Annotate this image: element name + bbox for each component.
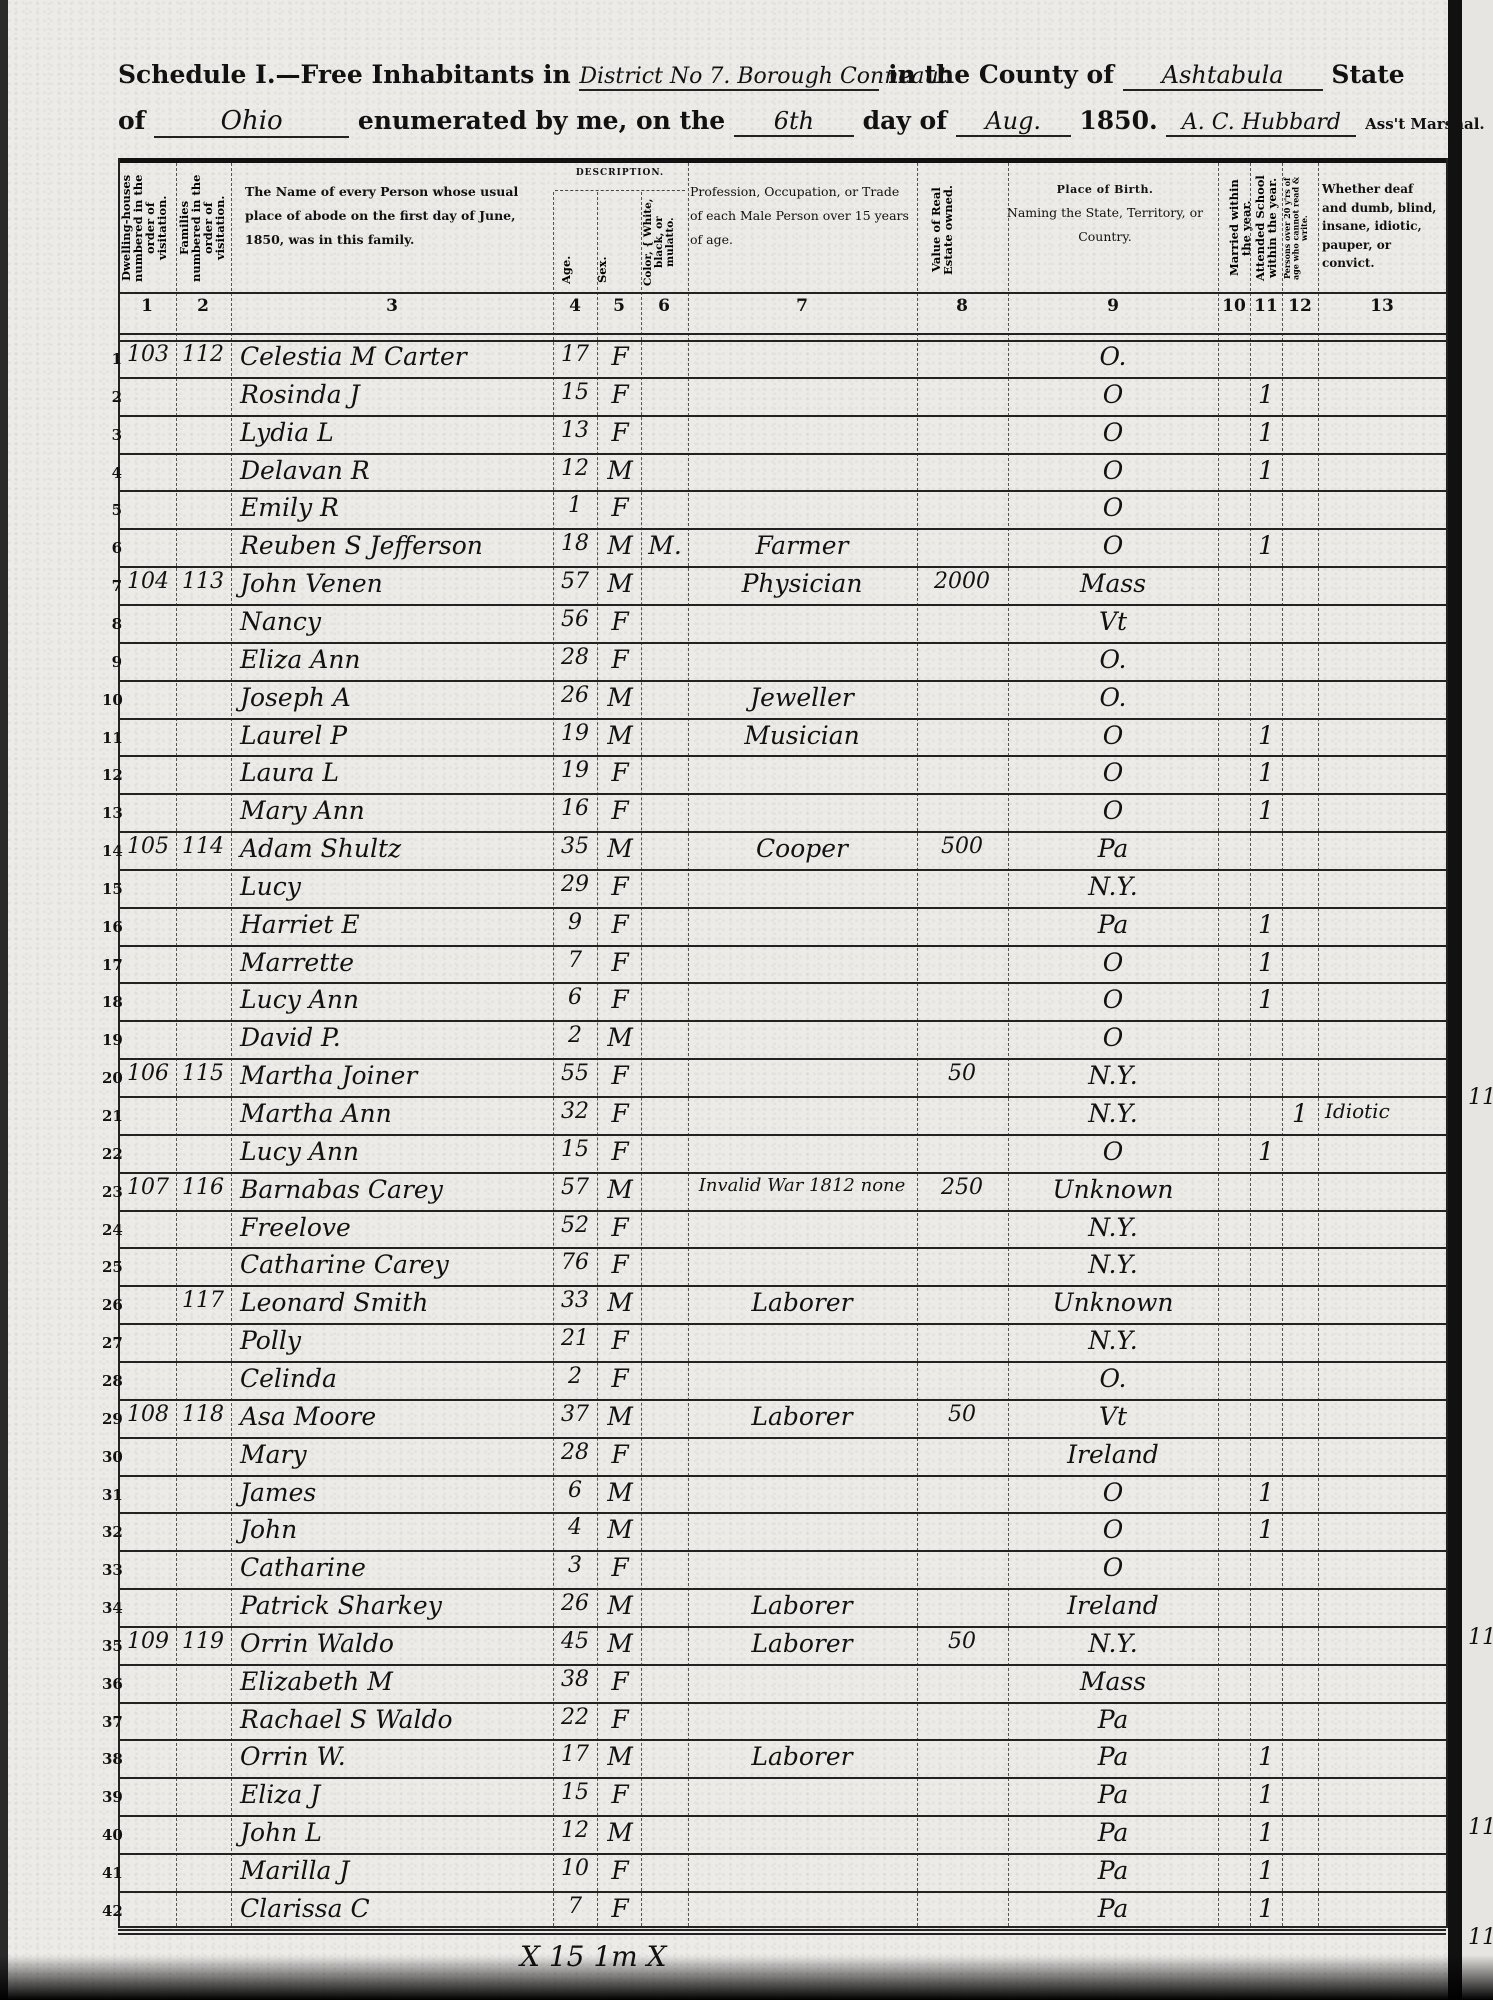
dwelling-number: 106: [127, 1061, 169, 1086]
sex: M: [607, 1818, 633, 1847]
age: 17: [561, 342, 589, 367]
header-rule: [118, 292, 1446, 294]
line-number: 4: [102, 464, 122, 482]
birthplace: O: [1103, 948, 1124, 977]
table-row: 40John L12MPa1: [0, 1816, 1460, 1854]
school-mark: 1: [1258, 910, 1274, 939]
header-birthplace-title: Place of Birth.: [1005, 180, 1205, 201]
age: 37: [561, 1402, 589, 1427]
header-school: Attended School within the year.: [1254, 168, 1278, 288]
adjacent-family-number: 116: [1468, 1815, 1493, 1840]
person-name: Reuben S Jefferson: [240, 531, 483, 560]
line-number: 39: [102, 1788, 122, 1806]
line-number: 9: [102, 653, 122, 671]
person-name: Lucy Ann: [240, 1137, 359, 1166]
age: 1: [568, 493, 582, 518]
column-number: 11: [1254, 296, 1278, 316]
line-number: 1: [102, 350, 122, 368]
table-row: 9Eliza Ann28FO.: [0, 643, 1460, 681]
header-married: Married within the year.: [1228, 168, 1252, 288]
adjacent-family-number: 115: [1468, 1625, 1493, 1650]
age: 38: [561, 1667, 589, 1692]
header-real-estate: Value of Real Estate owned.: [930, 170, 964, 290]
birthplace: N.Y.: [1088, 1213, 1137, 1242]
sex: M: [607, 1023, 633, 1052]
school-mark: 1: [1258, 456, 1274, 485]
table-row: 32John4MO1: [0, 1513, 1460, 1551]
school-mark: 1: [1258, 1818, 1274, 1847]
table-row: 34Patrick Sharkey26MLaborerIreland: [0, 1589, 1460, 1627]
person-name: Martha Ann: [240, 1099, 392, 1128]
school-mark: 1: [1258, 721, 1274, 750]
birthplace: O: [1103, 985, 1124, 1014]
birthplace: Mass: [1080, 1667, 1146, 1696]
header-dwelling: Dwelling-houses numbered in the order of…: [120, 168, 164, 288]
person-name: Rachael S Waldo: [240, 1705, 453, 1734]
table-row: 17Marrette7FO1: [0, 946, 1460, 984]
table-row: 16Harriet E9FPa1: [0, 908, 1460, 946]
table-row: 24Freelove52FN.Y.: [0, 1211, 1460, 1249]
age: 6: [568, 1478, 582, 1503]
column-number: 5: [613, 296, 625, 316]
real-estate-value: 50: [948, 1402, 976, 1427]
table-row: 3Lydia L13FO1: [0, 416, 1460, 454]
table-row: 38Orrin W.17MLaborerPa1: [0, 1740, 1460, 1778]
table-row: 33Catharine3FO: [0, 1551, 1460, 1589]
illiterate-mark: 1: [1292, 1099, 1308, 1128]
birthplace: O: [1103, 1515, 1124, 1544]
sex: F: [611, 493, 628, 522]
age: 6: [568, 985, 582, 1010]
person-name: Emily R: [240, 493, 339, 522]
school-mark: 1: [1258, 1780, 1274, 1809]
birthplace: O: [1103, 1023, 1124, 1052]
birthplace: O: [1103, 721, 1124, 750]
occupation: Musician: [744, 721, 860, 750]
sex: F: [611, 1099, 628, 1128]
age: 56: [561, 607, 589, 632]
person-name: Rosinda J: [240, 380, 360, 409]
person-name: Orrin Waldo: [240, 1629, 394, 1658]
age: 18: [561, 531, 589, 556]
sex: F: [611, 1894, 628, 1923]
school-mark: 1: [1258, 985, 1274, 1014]
enumerated-label: enumerated by me, on the: [358, 106, 725, 135]
line-number: 30: [102, 1448, 122, 1466]
day-of-label: day of: [863, 106, 947, 135]
column-number: 7: [796, 296, 808, 316]
sex: F: [611, 1364, 628, 1393]
sex: F: [611, 985, 628, 1014]
column-number: 12: [1288, 296, 1312, 316]
table-row: 8Nancy56FVt: [0, 605, 1460, 643]
real-estate-value: 50: [948, 1629, 976, 1654]
table-row: 14105114Adam Shultz35MCooper500Pa: [0, 832, 1460, 870]
birthplace: N.Y.: [1088, 872, 1137, 901]
dwelling-number: 108: [127, 1402, 169, 1427]
sex: M: [607, 721, 633, 750]
line-number: 13: [102, 804, 122, 822]
age: 21: [561, 1326, 589, 1351]
birthplace: O: [1103, 758, 1124, 787]
table-row: 27Polly21FN.Y.: [0, 1324, 1460, 1362]
birthplace: O.: [1100, 683, 1127, 712]
birthplace: Pa: [1098, 910, 1129, 939]
table-row: 5Emily R1FO: [0, 491, 1460, 529]
person-name: John L: [240, 1818, 322, 1847]
line-number: 24: [102, 1221, 122, 1239]
table-row: 12Laura L19FO1: [0, 756, 1460, 794]
age: 19: [561, 758, 589, 783]
table-row: 6Reuben S Jefferson18MM.FarmerO1: [0, 529, 1460, 567]
age: 45: [561, 1629, 589, 1654]
condition: Idiotic: [1325, 1099, 1390, 1123]
line-number: 16: [102, 918, 122, 936]
table-row: 26117Leonard Smith33MLaborerUnknown: [0, 1286, 1460, 1324]
line-number: 8: [102, 615, 122, 633]
line-number: 17: [102, 956, 122, 974]
line-number: 22: [102, 1145, 122, 1163]
birthplace: Vt: [1099, 607, 1127, 636]
table-row: 28Celinda2FO.: [0, 1362, 1460, 1400]
birthplace: Pa: [1098, 834, 1129, 863]
birthplace: O: [1103, 531, 1124, 560]
person-name: Patrick Sharkey: [240, 1591, 442, 1620]
real-estate-value: 2000: [934, 569, 990, 594]
sex: M: [607, 1629, 633, 1658]
column-number: 2: [197, 296, 209, 316]
birthplace: Unknown: [1053, 1288, 1174, 1317]
table-row: 4Delavan R12MO1: [0, 454, 1460, 492]
birthplace: O.: [1100, 342, 1127, 371]
table-row: 21Martha Ann32FN.Y.1Idiotic: [0, 1097, 1460, 1135]
person-name: Harriet E: [240, 910, 360, 939]
sex: M: [607, 834, 633, 863]
birthplace: Pa: [1098, 1818, 1129, 1847]
sex: F: [611, 948, 628, 977]
age: 12: [561, 1818, 589, 1843]
line-number: 12: [102, 766, 122, 784]
line-number: 28: [102, 1372, 122, 1390]
district-field: District No 7. Borough Conneaut: [579, 64, 879, 91]
line-number: 41: [102, 1864, 122, 1882]
table-row: 23107116Barnabas Carey57MInvalid War 181…: [0, 1173, 1460, 1211]
school-mark: 1: [1258, 1478, 1274, 1507]
line-number: 33: [102, 1561, 122, 1579]
table-row: 10Joseph A26MJewellerO.: [0, 681, 1460, 719]
table-row: 13Mary Ann16FO1: [0, 794, 1460, 832]
person-name: Laurel P: [240, 721, 347, 750]
county-field: Ashtabula: [1123, 61, 1323, 91]
sex: M: [607, 1478, 633, 1507]
color: M.: [648, 531, 682, 560]
sex: F: [611, 1553, 628, 1582]
age: 26: [561, 683, 589, 708]
sex: M: [607, 683, 633, 712]
line-number: 23: [102, 1183, 122, 1201]
column-number: 4: [569, 296, 581, 316]
line-number: 7: [102, 577, 122, 595]
line-number: 40: [102, 1826, 122, 1844]
age: 57: [561, 1175, 589, 1200]
schedule-title: Schedule I.—Free Inhabitants in District…: [118, 60, 1405, 91]
line-number: 32: [102, 1523, 122, 1541]
month-field: Aug.: [956, 107, 1071, 137]
line-number: 10: [102, 691, 122, 709]
age: 7: [568, 1894, 582, 1919]
line-number: 25: [102, 1258, 122, 1276]
person-name: Nancy: [240, 607, 321, 636]
year: 1850.: [1079, 106, 1157, 135]
table-row: 42Clarissa C7FPa1: [0, 1892, 1460, 1930]
person-name: Joseph A: [240, 683, 351, 712]
header-name: The Name of every Person whose usual pla…: [245, 180, 535, 310]
line-number: 6: [102, 539, 122, 557]
dwelling-number: 109: [127, 1629, 169, 1654]
table-row: 15Lucy29FN.Y.: [0, 870, 1460, 908]
table-row: 36Elizabeth M38FMass: [0, 1665, 1460, 1703]
person-name: Leonard Smith: [240, 1288, 428, 1317]
age: 15: [561, 1137, 589, 1162]
family-number: 117: [182, 1288, 224, 1313]
schedule-label: Schedule I.—Free Inhabitants in: [118, 60, 571, 89]
sex: M: [607, 569, 633, 598]
birthplace: O.: [1100, 1364, 1127, 1393]
occupation: Farmer: [756, 531, 849, 560]
table-row: 18Lucy Ann6FO1: [0, 983, 1460, 1021]
line-number: 37: [102, 1713, 122, 1731]
person-name: Delavan R: [240, 456, 370, 485]
header-condition: Whether deaf and dumb, blind, insane, id…: [1322, 180, 1440, 310]
header-occupation: Profession, Occupation, or Trade of each…: [690, 180, 915, 310]
sex: M: [607, 531, 633, 560]
header-illiterate: Persons over 20 y'rs of age who cannot r…: [1283, 168, 1307, 288]
age: 29: [561, 872, 589, 897]
person-name: Catharine: [240, 1553, 366, 1582]
table-row: 35109119Orrin Waldo45MLaborer50N.Y.: [0, 1627, 1460, 1665]
school-mark: 1: [1258, 758, 1274, 787]
header-birthplace-sub: Naming the State, Territory, or Country.: [1005, 201, 1205, 249]
column-number: 9: [1107, 296, 1119, 316]
county-label: in the County of: [888, 60, 1114, 89]
birthplace: Vt: [1099, 1402, 1127, 1431]
age: 7: [568, 948, 582, 973]
birthplace: Pa: [1098, 1742, 1129, 1771]
sex: M: [607, 1402, 633, 1431]
sex: F: [611, 1213, 628, 1242]
sex: F: [611, 1440, 628, 1469]
description-rule: [555, 190, 685, 191]
birthplace: N.Y.: [1088, 1326, 1137, 1355]
birthplace: Ireland: [1067, 1440, 1159, 1469]
table-row: 31James6MO1: [0, 1476, 1460, 1514]
birthplace: O: [1103, 1478, 1124, 1507]
birthplace: O: [1103, 456, 1124, 485]
age: 2: [568, 1023, 582, 1048]
table-row: 25Catharine Carey76FN.Y.: [0, 1248, 1460, 1286]
line-number: 19: [102, 1031, 122, 1049]
column-number: 6: [658, 296, 670, 316]
line-number: 27: [102, 1334, 122, 1352]
line-number: 15: [102, 880, 122, 898]
line-number: 18: [102, 993, 122, 1011]
enumeration-line: of Ohio enumerated by me, on the 6th day…: [118, 106, 1485, 138]
birthplace: Pa: [1098, 1894, 1129, 1923]
occupation: Invalid War 1812 none: [699, 1175, 906, 1196]
header-color: Color, { White, black, or mulatto.: [643, 195, 679, 290]
table-row: 39Eliza J15FPa1: [0, 1778, 1460, 1816]
table-row: 1103112Celestia M Carter17FO.: [0, 340, 1460, 378]
table-row: 22Lucy Ann15FO1: [0, 1135, 1460, 1173]
column-number: 3: [386, 296, 398, 316]
school-mark: 1: [1258, 1894, 1274, 1923]
table-row: 41Marilla J10FPa1: [0, 1854, 1460, 1892]
sex: M: [607, 1288, 633, 1317]
sex: F: [611, 645, 628, 674]
occupation: Cooper: [756, 834, 848, 863]
line-number: 36: [102, 1675, 122, 1693]
line-number: 5: [102, 501, 122, 519]
sex: F: [611, 872, 628, 901]
school-mark: 1: [1258, 531, 1274, 560]
age: 28: [561, 1440, 589, 1465]
family-number: 116: [182, 1175, 224, 1200]
line-number: 3: [102, 426, 122, 444]
sex: F: [611, 418, 628, 447]
age: 57: [561, 569, 589, 594]
family-number: 119: [182, 1629, 224, 1654]
person-name: Laura L: [240, 758, 339, 787]
sex: F: [611, 342, 628, 371]
school-mark: 1: [1258, 1742, 1274, 1771]
family-number: 112: [182, 342, 224, 367]
person-name: Lydia L: [240, 418, 334, 447]
sex: M: [607, 1175, 633, 1204]
dwelling-number: 105: [127, 834, 169, 859]
birthplace: Pa: [1098, 1705, 1129, 1734]
birthplace: Unknown: [1053, 1175, 1174, 1204]
birthplace: N.Y.: [1088, 1629, 1137, 1658]
sex: F: [611, 1780, 628, 1809]
birthplace: O: [1103, 1553, 1124, 1582]
family-number: 118: [182, 1402, 224, 1427]
person-name: Lucy Ann: [240, 985, 359, 1014]
age: 26: [561, 1591, 589, 1616]
person-name: Celestia M Carter: [240, 342, 467, 371]
column-number: 13: [1370, 296, 1394, 316]
sex: F: [611, 607, 628, 636]
occupation: Laborer: [751, 1629, 852, 1658]
sex: F: [611, 1856, 628, 1885]
table-row: 19David P.2MO: [0, 1021, 1460, 1059]
header-age: Age.: [560, 250, 578, 290]
table-row: 7104113John Venen57MPhysician2000Mass: [0, 567, 1460, 605]
school-mark: 1: [1258, 380, 1274, 409]
person-name: Marilla J: [240, 1856, 349, 1885]
real-estate-value: 250: [941, 1175, 983, 1200]
age: 52: [561, 1213, 589, 1238]
occupation: Laborer: [751, 1402, 852, 1431]
age: 2: [568, 1364, 582, 1389]
sex: F: [611, 380, 628, 409]
birthplace: Pa: [1098, 1780, 1129, 1809]
occupation: Jeweller: [750, 683, 854, 712]
sex: F: [611, 1137, 628, 1166]
age: 19: [561, 721, 589, 746]
age: 15: [561, 380, 589, 405]
school-mark: 1: [1258, 796, 1274, 825]
school-mark: 1: [1258, 1515, 1274, 1544]
marshal-label: Ass't Marshal.: [1365, 115, 1485, 133]
occupation: Physician: [742, 569, 863, 598]
occupation: Laborer: [751, 1742, 852, 1771]
occupation: Laborer: [751, 1591, 852, 1620]
dwelling-number: 107: [127, 1175, 169, 1200]
day-field: 6th: [734, 107, 854, 137]
age: 3: [568, 1553, 582, 1578]
age: 22: [561, 1705, 589, 1730]
column-number: 8: [956, 296, 968, 316]
family-number: 113: [182, 569, 224, 594]
age: 9: [568, 910, 582, 935]
school-mark: 1: [1258, 1137, 1274, 1166]
sex: F: [611, 1250, 628, 1279]
scan-bottom-edge: [0, 1955, 1493, 2000]
table-row: 2Rosinda J15FO1: [0, 378, 1460, 416]
person-name: Celinda: [240, 1364, 337, 1393]
person-name: Martha Joiner: [240, 1061, 417, 1090]
sex: M: [607, 1591, 633, 1620]
column-number: 1: [141, 296, 153, 316]
age: 55: [561, 1061, 589, 1086]
occupation: Laborer: [751, 1288, 852, 1317]
birthplace: O.: [1100, 645, 1127, 674]
sex: F: [611, 910, 628, 939]
person-name: David P.: [240, 1023, 341, 1052]
line-number: 2: [102, 388, 122, 406]
person-name: Freelove: [240, 1213, 351, 1242]
school-mark: 1: [1258, 948, 1274, 977]
family-number: 115: [182, 1061, 224, 1086]
person-name: Asa Moore: [240, 1402, 376, 1431]
birthplace: N.Y.: [1088, 1061, 1137, 1090]
table-row: 29108118Asa Moore37MLaborer50Vt: [0, 1400, 1460, 1438]
table-bottom-rule: [118, 1926, 1446, 1935]
person-name: Elizabeth M: [240, 1667, 393, 1696]
school-mark: 1: [1258, 418, 1274, 447]
birthplace: O: [1103, 493, 1124, 522]
state-label: State: [1331, 60, 1404, 89]
table-row: 30Mary28FIreland: [0, 1438, 1460, 1476]
line-number: 14: [102, 842, 122, 860]
birthplace: O: [1103, 796, 1124, 825]
age: 4: [568, 1515, 582, 1540]
age: 28: [561, 645, 589, 670]
age: 16: [561, 796, 589, 821]
age: 10: [561, 1856, 589, 1881]
person-name: Mary: [240, 1440, 307, 1469]
birthplace: O: [1103, 1137, 1124, 1166]
sex: F: [611, 1705, 628, 1734]
table-row: 20106115Martha Joiner55F50N.Y.: [0, 1059, 1460, 1097]
school-mark: 1: [1258, 1856, 1274, 1885]
birthplace: Ireland: [1067, 1591, 1159, 1620]
age: 76: [561, 1250, 589, 1275]
person-name: Eliza J: [240, 1780, 320, 1809]
dwelling-number: 104: [127, 569, 169, 594]
person-name: John: [240, 1515, 297, 1544]
table-row: 37Rachael S Waldo22FPa: [0, 1703, 1460, 1741]
